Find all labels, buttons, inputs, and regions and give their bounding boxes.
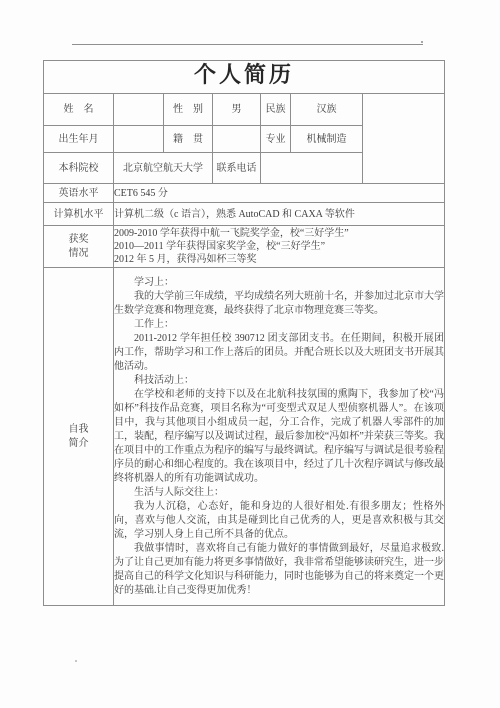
scan-artifact-dot-bottom xyxy=(75,660,77,662)
title-cell: 个人简历 xyxy=(44,61,445,94)
birthdate-value xyxy=(114,126,164,153)
ethnicity-value: 汉族 xyxy=(291,94,363,126)
college-value: 北京航空航天大学 xyxy=(114,153,213,184)
major-label: 专业 xyxy=(261,126,291,153)
intro-paragraph: 科技活动上： xyxy=(114,374,444,388)
phone-value xyxy=(261,153,363,184)
english-level-value: CET6 545 分 xyxy=(114,184,445,203)
header-rule xyxy=(72,44,423,45)
intro-paragraph: 我做事情时，喜欢将自己有能力做好的事情做到最好，尽量追求极致.为了让自己更加有能… xyxy=(114,542,444,598)
intro-paragraph: 我的大学前三年成绩，平均成绩名列大班前十名，并参加过北京市大学生数学竞赛和物理竞… xyxy=(114,290,444,318)
computer-level-label: 计算机水平 xyxy=(44,203,114,226)
resume-table: 个人简历 姓 名 性 别 男 民族 汉族 出生年月 籍 贯 专业 机械制造 本科… xyxy=(43,60,445,606)
photo-cell xyxy=(363,94,445,184)
page-title: 个人简历 xyxy=(194,62,294,87)
gender-label: 性 别 xyxy=(164,94,213,126)
award-item: 2009-2010 学年获得中航一飞院奖学金，校“三好学生” xyxy=(114,227,444,240)
awards-label: 获奖 情况 xyxy=(44,226,114,268)
intro-paragraph: 学习上： xyxy=(114,276,444,290)
intro-paragraph: 我为人沉稳，心态好，能和身边的人很好相处.有很多朋友；性格外向，喜欢与他人交流，… xyxy=(114,500,444,542)
self-intro-label: 自我 简介 xyxy=(44,268,114,606)
awards-list: 2009-2010 学年获得中航一飞院奖学金，校“三好学生” 2010—2011… xyxy=(114,226,445,268)
college-label: 本科院校 xyxy=(44,153,114,184)
scan-artifact-dot-top xyxy=(421,41,423,43)
self-intro-text: 学习上： 我的大学前三年成绩，平均成绩名列大班前十名，并参加过北京市大学生数学竞… xyxy=(114,268,445,606)
name-value xyxy=(114,94,164,126)
intro-paragraph: 2011-2012 学年担任校 390712 团支部团支书。在任期间，积极开展团… xyxy=(114,332,444,374)
award-item: 2010—2011 学年获得国家奖学金，校“三好学生” xyxy=(114,240,444,253)
phone-label: 联系电话 xyxy=(213,153,261,184)
major-value: 机械制造 xyxy=(291,126,363,153)
awards-label-line2: 情况 xyxy=(44,247,113,261)
native-place-value xyxy=(213,126,261,153)
ethnicity-label: 民族 xyxy=(261,94,291,126)
award-item: 2012 年 5 月，获得冯如杯三等奖 xyxy=(114,253,444,266)
native-place-label: 籍 贯 xyxy=(164,126,213,153)
self-intro-label-line2: 简介 xyxy=(44,437,113,451)
name-label: 姓 名 xyxy=(44,94,114,126)
intro-paragraph: 生活与人际交往上： xyxy=(114,486,444,500)
intro-paragraph: 工作上： xyxy=(114,318,444,332)
english-level-label: 英语水平 xyxy=(44,184,114,203)
birthdate-label: 出生年月 xyxy=(44,126,114,153)
computer-level-value: 计算机二级（c 语言），熟悉 AutoCAD 和 CAXA 等软件 xyxy=(114,203,445,226)
awards-label-line1: 获奖 xyxy=(44,233,113,247)
gender-value: 男 xyxy=(213,94,261,126)
resume-page: 个人简历 姓 名 性 别 男 民族 汉族 出生年月 籍 贯 专业 机械制造 本科… xyxy=(0,0,500,708)
intro-paragraph: 在学校和老师的支持下以及在北航科技氛围的熏陶下，我参加了校“冯如杯”科技作品竞赛… xyxy=(114,388,444,486)
self-intro-label-line1: 自我 xyxy=(44,423,113,437)
